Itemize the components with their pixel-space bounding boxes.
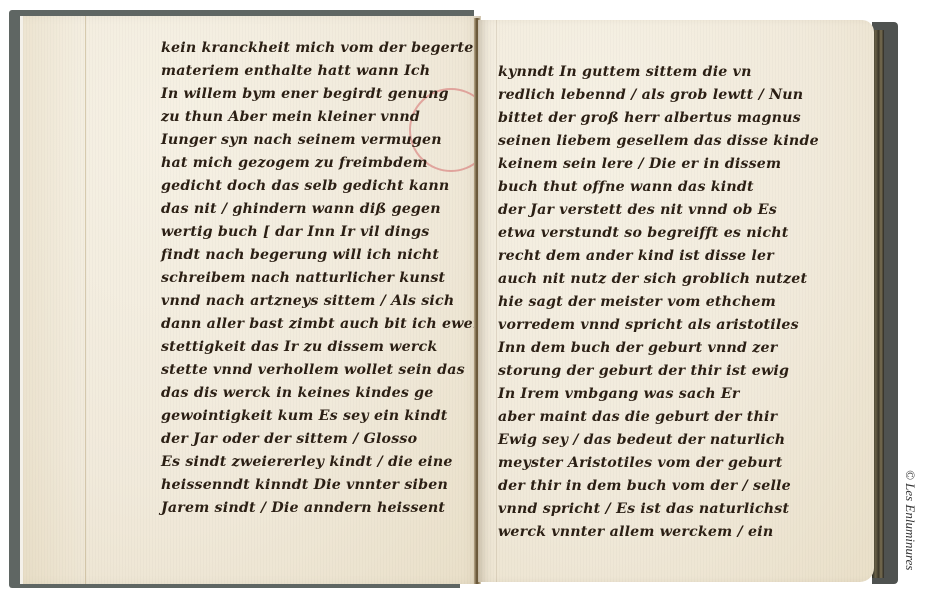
ruling-line	[496, 20, 497, 582]
manuscript-line: wertig buch [ dar Inn Ir vil dings	[161, 224, 429, 240]
right-page-text: kynndt In guttem sittem die vn redlich l…	[498, 64, 828, 534]
manuscript-line: vnnd spricht / Es ist das naturlichst	[498, 501, 789, 517]
manuscript-line: materiem enthalte hatt wann Ich	[161, 63, 430, 79]
manuscript-line: gedicht doch das selb gedicht kann	[161, 178, 449, 194]
manuscript-line: das nit / ghindern wann diß gegen	[161, 201, 441, 217]
manuscript-line: auch nit nutz der sich groblich nutzet	[498, 271, 807, 287]
manuscript-line: keinem sein lere / Die er in dissem	[498, 156, 781, 172]
manuscript-line: stettigkeit das Ir zu dissem werck	[161, 339, 437, 355]
manuscript-line: Iunger syn nach seinem vermugen	[161, 132, 442, 148]
manuscript-line: seinen liebem gesellem das disse kinde	[498, 133, 819, 149]
manuscript-line: hat mich gezogem zu freimbdem	[161, 155, 428, 171]
manuscript-line: storung der geburt der thir ist ewig	[498, 363, 789, 379]
page-fold	[23, 16, 86, 584]
manuscript-line: bittet der groß herr albertus magnus	[498, 110, 801, 126]
manuscript-line: schreibem nach natturlicher kunst	[161, 270, 445, 286]
manuscript-line: hie sagt der meister vom ethchem	[498, 294, 776, 310]
manuscript-line: der thir in dem buch vom der / selle	[498, 478, 791, 494]
left-page: kein kranckheit mich vom der begerte mat…	[20, 16, 481, 584]
manuscript-line: buch thut offne wann das kindt	[498, 179, 754, 195]
manuscript-line: redlich lebennd / als grob lewtt / Nun	[498, 87, 803, 103]
manuscript-line: der Jar oder der sittem / Glosso	[161, 431, 417, 447]
manuscript-line: werck vnnter allem werckem / ein	[498, 524, 773, 540]
manuscript-line: Es sindt zweiererley kindt / die eine	[161, 454, 453, 470]
manuscript-line: zu thun Aber mein kleiner vnnd	[161, 109, 420, 125]
right-page: kynndt In guttem sittem die vn redlich l…	[478, 20, 874, 582]
manuscript-line: heissenndt kinndt Die vnnter siben	[161, 477, 448, 493]
manuscript-line: recht dem ander kind ist disse ler	[498, 248, 774, 264]
manuscript-line: stette vnnd verhollem wollet sein das	[161, 362, 465, 378]
manuscript-line: gewointigkeit kum Es sey ein kindt	[161, 408, 447, 424]
manuscript-line: Inn dem buch der geburt vnnd zer	[498, 340, 777, 356]
copyright-watermark: © Les Enluminures	[898, 470, 922, 600]
manuscript-line: das dis werck in keines kindes ge	[161, 385, 434, 401]
manuscript-line: vnnd nach artzneys sittem / Als sich	[161, 293, 454, 309]
left-page-text: kein kranckheit mich vom der begerte mat…	[161, 40, 481, 510]
manuscript-line: Ewig sey / das bedeut der naturlich	[498, 432, 785, 448]
manuscript-line: kein kranckheit mich vom der begerte	[161, 40, 473, 56]
manuscript-line: Jarem sindt / Die anndern heissent	[161, 500, 445, 516]
manuscript-line: meyster Aristotiles vom der geburt	[498, 455, 782, 471]
manuscript-line: In Irem vmbgang was sach Er	[498, 386, 740, 402]
manuscript-line: findt nach begerung will ich nicht	[161, 247, 439, 263]
manuscript-line: aber maint das die geburt der thir	[498, 409, 777, 425]
manuscript-line: In willem bym ener begirdt genung	[161, 86, 449, 102]
manuscript-line: vorredem vnnd spricht als aristotiles	[498, 317, 799, 333]
manuscript-line: kynndt In guttem sittem die vn	[498, 64, 752, 80]
manuscript-line: etwa verstundt so begreifft es nicht	[498, 225, 788, 241]
manuscript-line: der Jar verstett des nit vnnd ob Es	[498, 202, 777, 218]
manuscript-line: dann aller bast zimbt auch bit ich ewer	[161, 316, 481, 332]
copyright-text: © Les Enluminures	[902, 470, 918, 570]
